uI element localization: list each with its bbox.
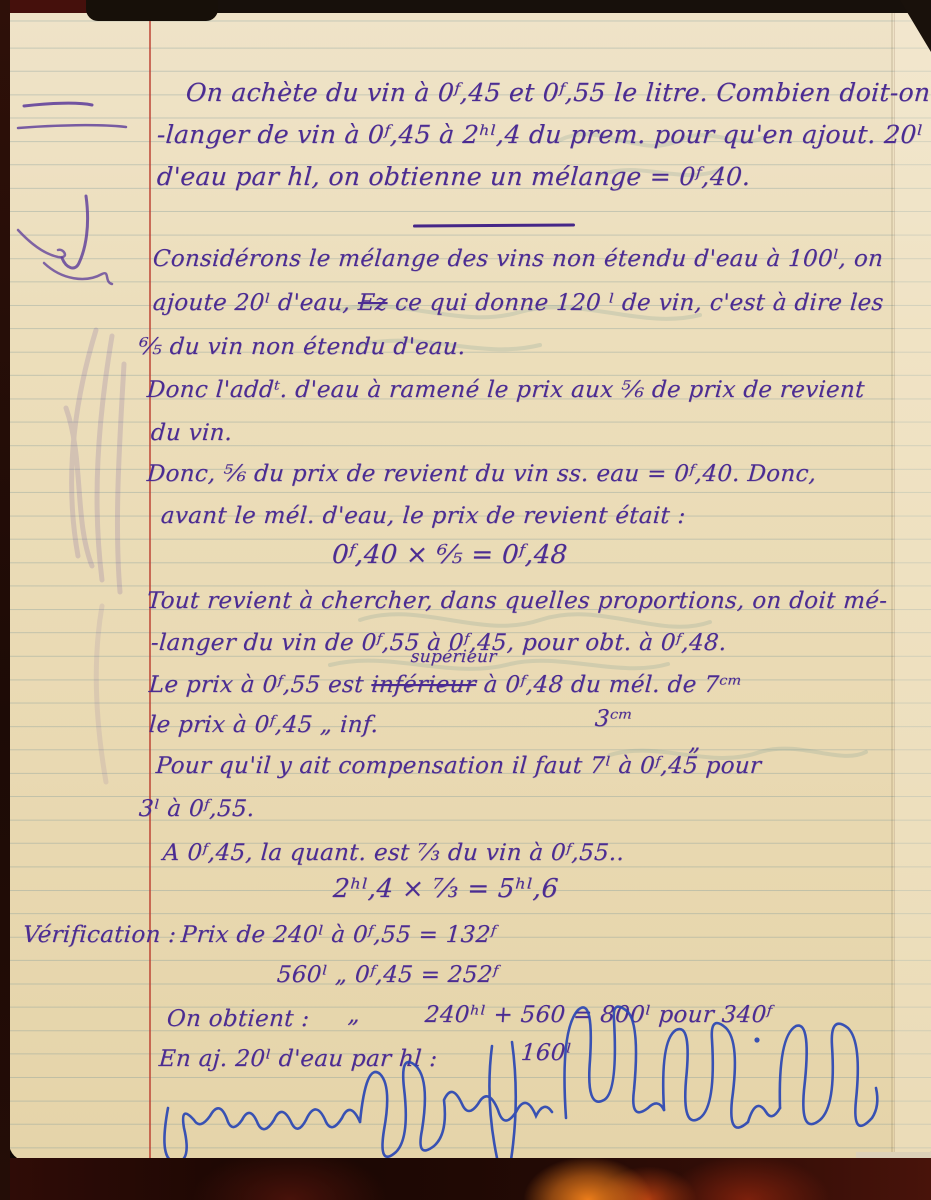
photo-background-left xyxy=(0,0,10,1200)
scribble-left-tall xyxy=(360,1062,552,1157)
photo-background-top-bump xyxy=(86,0,218,21)
scribble-right-start xyxy=(565,1007,665,1118)
scribble-right-mid xyxy=(748,1106,780,1122)
pen-trial-scribbles xyxy=(0,0,931,1200)
scribble-dot xyxy=(754,1037,759,1042)
notebook-photo: On achète du vin à 0ᶠ,45 et 0ᶠ,55 le lit… xyxy=(0,0,931,1200)
scribble-right-tall xyxy=(663,1023,748,1127)
scribble-signature xyxy=(780,1024,878,1126)
photo-background-bottom xyxy=(0,1158,931,1200)
scribble-vertical xyxy=(511,1042,516,1160)
scribble-left xyxy=(164,1108,360,1162)
